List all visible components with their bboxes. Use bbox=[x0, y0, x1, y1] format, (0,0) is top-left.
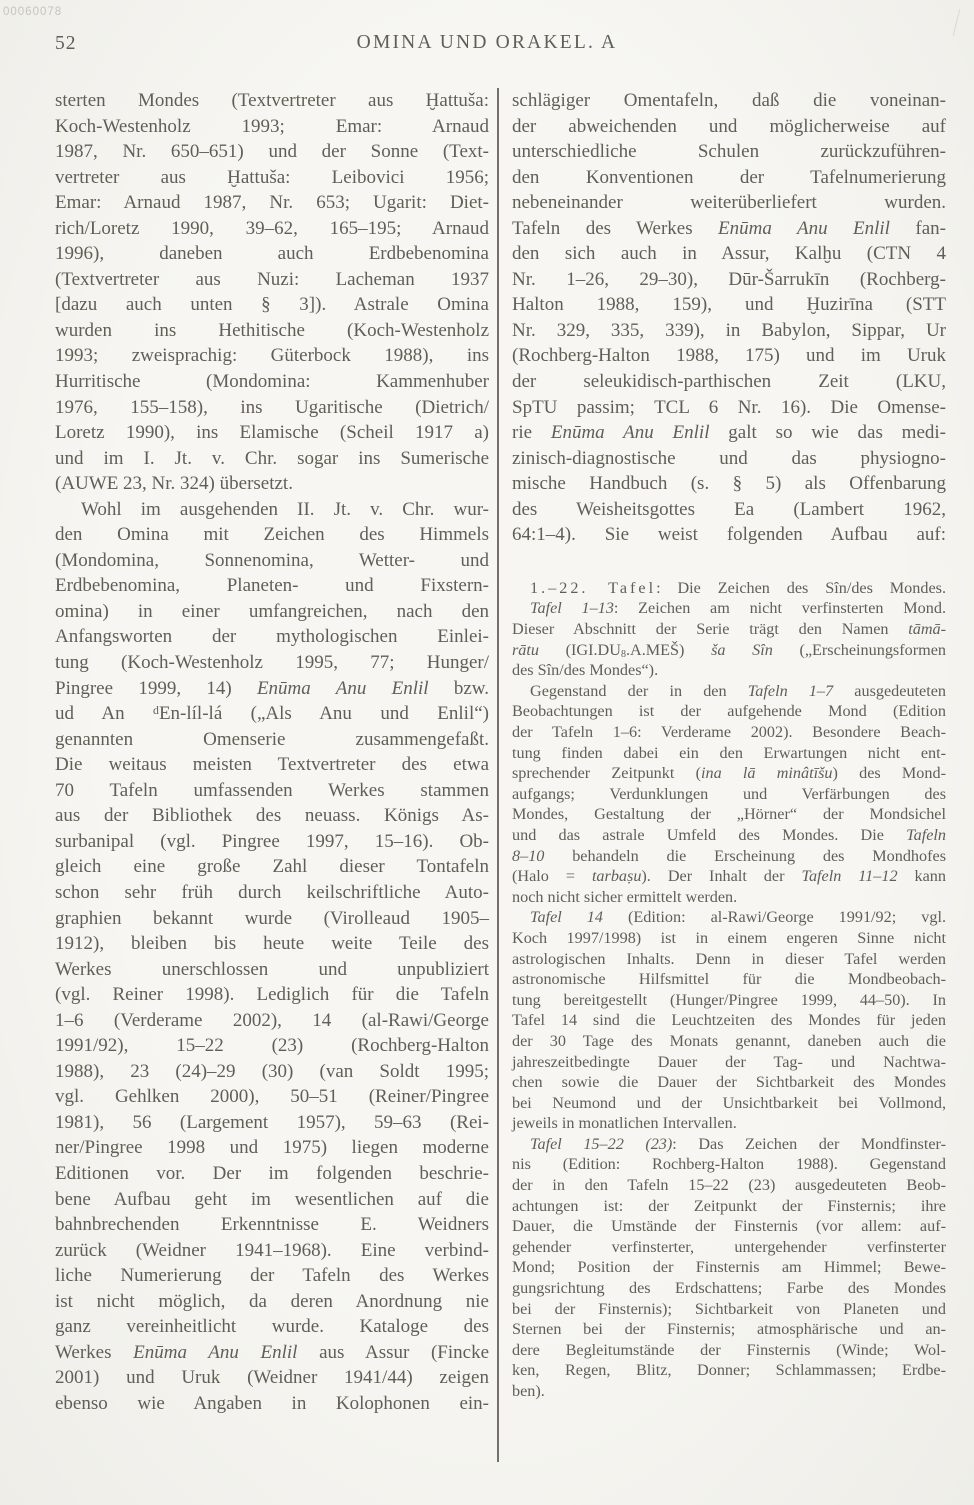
text-run: : Die Zeichen des Sîn/des Mondes. bbox=[656, 579, 946, 597]
text-run: 64:1–4). Sie weist folgenden Aufbau auf: bbox=[512, 524, 946, 545]
text-line: bei der Finsternis); Sichtbarkeit von Pl… bbox=[512, 1299, 946, 1320]
text-run: vgl. Gehlken 2000), 50–51 (Reiner/Pingre… bbox=[55, 1086, 489, 1107]
text-line: 1–6 (Verderame 2002), 14 (al-Rawi/George bbox=[55, 1008, 489, 1034]
text-run: ina lā minâtīšu bbox=[701, 764, 833, 782]
text-line: unterschiedliche Schulen zurückzuführen- bbox=[512, 139, 946, 165]
text-run: ausgedeuteten bbox=[833, 682, 946, 700]
text-line: 1976, 155–158), ins Ugaritische (Dietric… bbox=[55, 395, 489, 421]
text-line: 1912), bleiben bis heute weite Teile des bbox=[55, 931, 489, 957]
text-run: behandeln die Erscheinung des Mondhofes bbox=[544, 847, 946, 865]
text-line: wurden ins Hethitische (Koch-Westenholz bbox=[55, 318, 489, 344]
text-line: Beobachtungen ist der aufgehende Mond (E… bbox=[512, 701, 946, 722]
text-run: Sternen bei der Finsternis; atmosphärisc… bbox=[512, 1320, 946, 1338]
text-line: der seleukidisch-parthischen Zeit (LKU, bbox=[512, 369, 946, 395]
running-title: OMINA UND ORAKEL. A bbox=[0, 32, 974, 54]
text-line: astronomische Hilfsmittel für die Mondbe… bbox=[512, 969, 946, 990]
text-run: astrologischen Inhalts. Denn in dieser T… bbox=[512, 950, 946, 968]
text-run: surbanipal (vgl. Pingree 1997, 15–16). O… bbox=[55, 831, 489, 852]
text-run: gleich eine große Zahl dieser Tontafeln bbox=[55, 856, 489, 877]
text-line: ken, Regen, Blitz, Donner; Schlammassen;… bbox=[512, 1360, 946, 1381]
text-run: ganz vereinheitlicht wurde. Kataloge des bbox=[55, 1316, 489, 1337]
text-run: rie bbox=[512, 422, 551, 443]
text-line: rich/Loretz 1990, 39–62, 165–195; Arnaud bbox=[55, 216, 489, 242]
text-run: der 30 Tage des Monats genannt, daneben … bbox=[512, 1032, 946, 1050]
text-run: Koch 1997/1998) ist in einem engeren Sin… bbox=[512, 929, 946, 947]
text-line: rātu (IGI.DU8.A.MEŠ) ša Sîn („Erscheinun… bbox=[512, 640, 946, 661]
text-line: 1996), daneben auch Erdbebenomina bbox=[55, 241, 489, 267]
text-run: (Textvertreter aus Nuzi: Lacheman 1937 bbox=[55, 269, 489, 290]
text-line: (Rochberg-Halton 1988, 175) und im Uruk bbox=[512, 343, 946, 369]
text-run: den Omina mit Zeichen des Himmels bbox=[55, 524, 489, 545]
text-run: Beobachtungen ist der aufgehende Mond (E… bbox=[512, 702, 946, 720]
text-run: chen sowie die Dauer der Sichtbarkeit de… bbox=[512, 1073, 946, 1091]
text-run: 8 bbox=[621, 649, 626, 660]
text-run: der Tafeln 1–6: Verderame 2002). Besonde… bbox=[512, 723, 946, 741]
scan-stamp: 00060078 bbox=[3, 6, 62, 18]
text-line: Hurritische (Mondomina: Kammenhuber bbox=[55, 369, 489, 395]
text-line: schon sehr früh durch keilschriftliche A… bbox=[55, 880, 489, 906]
text-run: wurden ins Hethitische (Koch-Westenholz bbox=[55, 320, 489, 341]
text-line: gungsrichtung des Erdschattens; Farbe de… bbox=[512, 1278, 946, 1299]
text-line: Tafel 1–13: Zeichen am nicht verfinstert… bbox=[512, 598, 946, 619]
text-line: Werkes Enūma Anu Enlil aus Assur (Fincke bbox=[55, 1340, 489, 1366]
text-line: tung bereitgestellt (Hunger/Pingree 1999… bbox=[512, 990, 946, 1011]
text-run: Loretz 1990), ins Elamische (Scheil 1917… bbox=[55, 422, 489, 443]
text-line: ner/Pingree 1998 und 1975) liegen modern… bbox=[55, 1135, 489, 1161]
text-run: Tafeln 11–12 bbox=[801, 867, 897, 885]
text-run: Die weitaus meisten Textvertreter des et… bbox=[55, 754, 489, 775]
text-line: tung finden dabei ein den Erwartungen ni… bbox=[512, 743, 946, 764]
text-line: vertreter aus Ḫattuša: Leibovici 1956; bbox=[55, 165, 489, 191]
text-run: sprechender Zeitpunkt ( bbox=[512, 764, 701, 782]
text-line: nebeneinander weiterüberliefert wurden. bbox=[512, 190, 946, 216]
text-run: SpTU passim; TCL 6 Nr. 16). Die Omense- bbox=[512, 397, 946, 418]
text-run: Mondes, Gestaltung der „Hörner“ der Mond… bbox=[512, 805, 946, 823]
text-line: den sich auch in Assur, Kalḫu (CTN 4 bbox=[512, 241, 946, 267]
text-line: jahreszeitbedingte Dauer der Tag- und Na… bbox=[512, 1052, 946, 1073]
text-run: ist nicht möglich, da deren Anordnung ni… bbox=[55, 1291, 489, 1312]
text-run: (Halo = bbox=[512, 867, 592, 885]
text-run: Dauer, die Umstände der Finsternis (vor … bbox=[512, 1217, 946, 1235]
text-run: Dieser Abschnitt der Serie trägt den Nam… bbox=[512, 620, 908, 638]
text-run: schlägiger Omentafeln, daß die voneinan- bbox=[512, 90, 946, 111]
text-line: zurück (Weidner 1941–1968). Eine verbind… bbox=[55, 1238, 489, 1264]
text-line: schlägiger Omentafeln, daß die voneinan- bbox=[512, 88, 946, 114]
text-run: 1912), bleiben bis heute weite Teile des bbox=[55, 933, 489, 954]
text-line: sterten Mondes (Textvertreter aus Ḫattuš… bbox=[55, 88, 489, 114]
text-line: genannten Omenserie zusammengefaßt. bbox=[55, 727, 489, 753]
text-run: 2001) und Uruk (Weidner 1941/44) zeigen bbox=[55, 1367, 489, 1388]
text-run: bzw. bbox=[429, 678, 489, 699]
text-run: : Das Zeichen der Mondfinster- bbox=[672, 1135, 946, 1153]
text-run: En-líl-lá („Als Anu und Enlil“) bbox=[159, 703, 489, 724]
text-run: unterschiedliche Schulen zurückzuführen- bbox=[512, 141, 946, 162]
text-line: Anfangsworten der mythologischen Einlei- bbox=[55, 624, 489, 650]
text-run: Enūma Anu Enlil bbox=[551, 422, 710, 443]
text-line: chen sowie die Dauer der Sichtbarkeit de… bbox=[512, 1072, 946, 1093]
text-run: (vgl. Reiner 1998). Lediglich für die Ta… bbox=[55, 984, 489, 1005]
text-line: den Omina mit Zeichen des Himmels bbox=[55, 522, 489, 548]
text-line: Mond; Position der Finsternis am Himmel;… bbox=[512, 1257, 946, 1278]
text-run: Koch-Westenholz 1993; Emar: Arnaud bbox=[55, 116, 489, 137]
text-run: aus der Bibliothek des neuass. Königs As… bbox=[55, 805, 489, 826]
text-run: 8–10 bbox=[512, 847, 544, 865]
text-run: tung (Koch-Westenholz 1995, 77; Hunger/ bbox=[55, 652, 489, 673]
text-run: Tafel 1–13 bbox=[530, 599, 614, 617]
text-run: Anfangsworten der mythologischen Einlei- bbox=[55, 626, 489, 647]
text-line: 64:1–4). Sie weist folgenden Aufbau auf: bbox=[512, 522, 946, 548]
text-run: tung bereitgestellt (Hunger/Pingree 1999… bbox=[512, 991, 946, 1009]
text-line: Koch 1997/1998) ist in einem engeren Sin… bbox=[512, 928, 946, 949]
text-run: den sich auch in Assur, Kalḫu (CTN 4 bbox=[512, 243, 946, 264]
text-run: Enūma Anu Enlil bbox=[133, 1342, 297, 1363]
text-line: der in den Tafeln 15–22 (23) ausgedeutet… bbox=[512, 1175, 946, 1196]
text-line: Emar: Arnaud 1987, Nr. 653; Ugarit: Diet… bbox=[55, 190, 489, 216]
text-line: 1.–22. Tafel: Die Zeichen des Sîn/des Mo… bbox=[512, 578, 946, 599]
text-run: mische Handbuch (s. § 5) als Offenbarung bbox=[512, 473, 946, 494]
text-run: („Erscheinungsformen bbox=[773, 641, 946, 659]
text-run: astronomische Hilfsmittel für die Mondbe… bbox=[512, 970, 946, 988]
text-run: Editionen vor. Der im folgenden beschrie… bbox=[55, 1163, 489, 1184]
column-divider bbox=[497, 88, 499, 1462]
text-line: Mondes, Gestaltung der „Hörner“ der Mond… bbox=[512, 804, 946, 825]
text-run: Erdbebenomina, Planeten- und Fixstern- bbox=[55, 575, 489, 596]
text-line: des Sîn/des Mondes“). bbox=[512, 660, 946, 681]
text-run: ken, Regen, Blitz, Donner; Schlammassen;… bbox=[512, 1361, 946, 1379]
text-line: Die weitaus meisten Textvertreter des et… bbox=[55, 752, 489, 778]
text-run: (Edition: al-Rawi/George 1991/92; vgl. bbox=[603, 908, 946, 926]
text-run: (Rochberg-Halton 1988, 175) und im Uruk bbox=[512, 345, 946, 366]
text-run: Werkes unerschlossen und unpubliziert bbox=[55, 959, 489, 980]
text-run: 1996), daneben auch Erdbebenomina bbox=[55, 243, 489, 264]
text-line: (AUWE 23, Nr. 324) übersetzt. bbox=[55, 471, 489, 497]
text-run: 1976, 155–158), ins Ugaritische (Dietric… bbox=[55, 397, 489, 418]
text-line: 1993; zweisprachig: Güterbock 1988), ins bbox=[55, 343, 489, 369]
text-line: bene Aufbau geht im wesentlichen auf die bbox=[55, 1187, 489, 1213]
text-run: (Mondomina, Sonnenomina, Wetter- und bbox=[55, 550, 489, 571]
text-line: 1987, Nr. 650–651) und der Sonne (Text- bbox=[55, 139, 489, 165]
text-run: Werkes bbox=[55, 1342, 133, 1363]
text-line: jeweils in monatlichen Intervallen. bbox=[512, 1113, 946, 1134]
text-line: ebenso wie Angaben in Kolophonen ein- bbox=[55, 1391, 489, 1417]
text-run: .A.MEŠ) bbox=[626, 641, 711, 659]
text-line: [dazu auch unten § 3]). Astrale Omina bbox=[55, 292, 489, 318]
text-run: 1–6 (Verderame 2002), 14 (al-Rawi/George bbox=[55, 1010, 489, 1031]
right-column-small-text: 1.–22. Tafel: Die Zeichen des Sîn/des Mo… bbox=[512, 578, 946, 1402]
text-line: Koch-Westenholz 1993; Emar: Arnaud bbox=[55, 114, 489, 140]
text-line: aus der Bibliothek des neuass. Königs As… bbox=[55, 803, 489, 829]
text-run: liche Numerierung der Tafeln des Werkes bbox=[55, 1265, 489, 1286]
text-run: genannten Omenserie zusammengefaßt. bbox=[55, 729, 489, 750]
text-run: Tafel 15–22 (23) bbox=[530, 1135, 672, 1153]
text-run: gungsrichtung des Erdschattens; Farbe de… bbox=[512, 1279, 946, 1297]
text-line: (Textvertreter aus Nuzi: Lacheman 1937 bbox=[55, 267, 489, 293]
text-line: ben). bbox=[512, 1381, 946, 1402]
text-line: bei Neumond und der Unsichtbarkeit bei V… bbox=[512, 1093, 946, 1114]
text-run: Enūma Anu Enlil bbox=[257, 678, 429, 699]
text-line: Editionen vor. Der im folgenden beschrie… bbox=[55, 1161, 489, 1187]
text-line: Loretz 1990), ins Elamische (Scheil 1917… bbox=[55, 420, 489, 446]
text-line: des Weisheitsgottes Ea (Lambert 1962, bbox=[512, 497, 946, 523]
text-run: noch nicht sicher ermittelt werden. bbox=[512, 888, 737, 906]
text-line: Tafeln des Werkes Enūma Anu Enlil fan- bbox=[512, 216, 946, 242]
text-run: bene Aufbau geht im wesentlichen auf die bbox=[55, 1189, 489, 1210]
text-line: 1991/92), 15–22 (23) (Rochberg-Halton bbox=[55, 1033, 489, 1059]
text-run: sterten Mondes (Textvertreter aus Ḫattuš… bbox=[55, 90, 489, 111]
text-run: aus Assur (Fincke bbox=[297, 1342, 489, 1363]
text-line: achtungen ist: der Zeitpunkt der Finster… bbox=[512, 1196, 946, 1217]
text-run: Nr. 1–26, 29–30), Dūr-Šarrukīn (Rochberg… bbox=[512, 269, 946, 290]
text-line: graphien bekannt wurde (Virolleaud 1905– bbox=[55, 906, 489, 932]
text-run: rich/Loretz 1990, 39–62, 165–195; Arnaud bbox=[55, 218, 489, 239]
text-line: der 30 Tage des Monats genannt, daneben … bbox=[512, 1031, 946, 1052]
text-line: liche Numerierung der Tafeln des Werkes bbox=[55, 1263, 489, 1289]
text-line: (vgl. Reiner 1998). Lediglich für die Ta… bbox=[55, 982, 489, 1008]
text-run: omina) in einer umfangreichen, nach den bbox=[55, 601, 489, 622]
text-line: Erdbebenomina, Planeten- und Fixstern- bbox=[55, 573, 489, 599]
text-run: Emar: Arnaud 1987, Nr. 653; Ugarit: Diet… bbox=[55, 192, 489, 213]
text-run: achtungen ist: der Zeitpunkt der Finster… bbox=[512, 1197, 946, 1215]
text-line: und im I. Jt. v. Chr. sogar ins Sumerisc… bbox=[55, 446, 489, 472]
text-run: zurück (Weidner 1941–1968). Eine verbind… bbox=[55, 1240, 489, 1261]
text-run: 1987, Nr. 650–651) und der Sonne (Text- bbox=[55, 141, 489, 162]
text-run: Tafel 14 sind die Leuchtzeiten des Monde… bbox=[512, 1011, 946, 1029]
text-line: 1988), 23 (24)–29 (30) (van Soldt 1995; bbox=[55, 1059, 489, 1085]
text-run: zinisch-diagnostische und das physiogno- bbox=[512, 448, 946, 469]
text-line: dere Begleitumstände der Finsternis (Win… bbox=[512, 1340, 946, 1361]
text-run: Tafel 14 bbox=[530, 908, 603, 926]
text-run: Mond; Position der Finsternis am Himmel;… bbox=[512, 1258, 946, 1276]
text-run: der in den Tafeln 15–22 (23) ausgedeutet… bbox=[512, 1176, 946, 1194]
text-run: 1993; zweisprachig: Güterbock 1988), ins bbox=[55, 345, 489, 366]
text-run: tung finden dabei ein den Erwartungen ni… bbox=[512, 744, 946, 762]
text-run: 1.–22. Tafel bbox=[530, 579, 656, 597]
text-line: der abweichenden und möglicherweise auf bbox=[512, 114, 946, 140]
text-run: Wohl im ausgehenden II. Jt. v. Chr. wur- bbox=[81, 499, 489, 520]
text-run: fan- bbox=[890, 218, 946, 239]
text-run: dere Begleitumstände der Finsternis (Win… bbox=[512, 1341, 946, 1359]
text-line: gehender verfinsterter, untergehender ve… bbox=[512, 1237, 946, 1258]
text-run: (IGI.DU bbox=[539, 641, 621, 659]
text-line: Tafel 14 (Edition: al-Rawi/George 1991/9… bbox=[512, 907, 946, 928]
text-line: Wohl im ausgehenden II. Jt. v. Chr. wur- bbox=[55, 497, 489, 523]
text-line: bahnbrechenden Erkenntnisse E. Weidners bbox=[55, 1212, 489, 1238]
text-run: Tafeln des Werkes bbox=[512, 218, 718, 239]
text-run: Nr. 329, 335, 339), in Babylon, Sippar, … bbox=[512, 320, 946, 341]
text-line: (Halo = tarbaṣu). Der Inhalt der Tafeln … bbox=[512, 866, 946, 887]
text-run: den Konventionen der Tafelnumerierung bbox=[512, 167, 946, 188]
text-line: Nr. 1–26, 29–30), Dūr-Šarrukīn (Rochberg… bbox=[512, 267, 946, 293]
text-run: : Zeichen am nicht verfinsterten Mond. bbox=[614, 599, 946, 617]
text-run: Tafeln bbox=[906, 826, 946, 844]
text-line: nis (Edition: Rochberg-Halton 1988). Geg… bbox=[512, 1154, 946, 1175]
text-line: Sternen bei der Finsternis; atmosphärisc… bbox=[512, 1319, 946, 1340]
text-line: Nr. 329, 335, 339), in Babylon, Sippar, … bbox=[512, 318, 946, 344]
text-run: Tafeln 1–7 bbox=[748, 682, 833, 700]
text-line: zinisch-diagnostische und das physiogno- bbox=[512, 446, 946, 472]
text-line: Halton 1988, 159), und Ḫuzirīna (STT bbox=[512, 292, 946, 318]
text-run: nis (Edition: Rochberg-Halton 1988). Geg… bbox=[512, 1155, 946, 1173]
text-run: rātu bbox=[512, 641, 539, 659]
text-run: 1991/92), 15–22 (23) (Rochberg-Halton bbox=[55, 1035, 489, 1056]
text-run: Pingree 1999, 14) bbox=[55, 678, 257, 699]
text-run: der seleukidisch-parthischen Zeit (LKU, bbox=[512, 371, 946, 392]
text-run: des Weisheitsgottes Ea (Lambert 1962, bbox=[512, 499, 946, 520]
text-run: tarbaṣu bbox=[592, 867, 641, 885]
text-run: bei der Finsternis); Sichtbarkeit von Pl… bbox=[512, 1300, 946, 1318]
text-run: der abweichenden und möglicherweise auf bbox=[512, 116, 946, 137]
text-line: ganz vereinheitlicht wurde. Kataloge des bbox=[55, 1314, 489, 1340]
text-run: bahnbrechenden Erkenntnisse E. Weidners bbox=[55, 1214, 489, 1235]
text-run: schon sehr früh durch keilschriftliche A… bbox=[55, 882, 489, 903]
text-line: ist nicht möglich, da deren Anordnung ni… bbox=[55, 1289, 489, 1315]
text-run: und das astrale Umfeld des Mondes. Die bbox=[512, 826, 906, 844]
text-line: 70 Tafeln umfassenden Werkes stammen bbox=[55, 778, 489, 804]
text-line: 2001) und Uruk (Weidner 1941/44) zeigen bbox=[55, 1365, 489, 1391]
column-right: schlägiger Omentafeln, daß die voneinan-… bbox=[512, 88, 946, 1402]
text-line: Tafel 14 sind die Leuchtzeiten des Monde… bbox=[512, 1010, 946, 1031]
text-run: Enūma Anu Enlil bbox=[718, 218, 890, 239]
text-run: gehender verfinsterter, untergehender ve… bbox=[512, 1238, 946, 1256]
text-run: 1988), 23 (24)–29 (30) (van Soldt 1995; bbox=[55, 1061, 489, 1082]
text-run: ša Sîn bbox=[711, 641, 773, 659]
text-line: (Mondomina, Sonnenomina, Wetter- und bbox=[55, 548, 489, 574]
text-run: kann bbox=[898, 867, 946, 885]
text-line: omina) in einer umfangreichen, nach den bbox=[55, 599, 489, 625]
text-line: den Konventionen der Tafelnumerierung bbox=[512, 165, 946, 191]
text-run: Halton 1988, 159), und Ḫuzirīna (STT bbox=[512, 294, 946, 315]
text-line: astrologischen Inhalts. Denn in dieser T… bbox=[512, 949, 946, 970]
right-column-main-text: schlägiger Omentafeln, daß die voneinan-… bbox=[512, 88, 946, 548]
text-run: ). Der Inhalt der bbox=[641, 867, 801, 885]
text-line: 8–10 behandeln die Erscheinung des Mondh… bbox=[512, 846, 946, 867]
text-line: mische Handbuch (s. § 5) als Offenbarung bbox=[512, 471, 946, 497]
text-line: der Tafeln 1–6: Verderame 2002). Besonde… bbox=[512, 722, 946, 743]
text-run: tāmā- bbox=[908, 620, 946, 638]
text-run: des Sîn/des Mondes“). bbox=[512, 661, 658, 679]
text-run: ben). bbox=[512, 1382, 545, 1400]
text-line: SpTU passim; TCL 6 Nr. 16). Die Omense- bbox=[512, 395, 946, 421]
text-run: nebeneinander weiterüberliefert wurden. bbox=[512, 192, 946, 213]
text-run: d bbox=[153, 704, 159, 717]
text-run: jeweils in monatlichen Intervallen. bbox=[512, 1114, 737, 1132]
text-line: gleich eine große Zahl dieser Tontafeln bbox=[55, 854, 489, 880]
text-line: vgl. Gehlken 2000), 50–51 (Reiner/Pingre… bbox=[55, 1084, 489, 1110]
text-run: jahreszeitbedingte Dauer der Tag- und Na… bbox=[512, 1053, 946, 1071]
text-run: ud An bbox=[55, 703, 153, 724]
text-run: vertreter aus Ḫattuša: Leibovici 1956; bbox=[55, 167, 489, 188]
text-run: ner/Pingree 1998 und 1975) liegen modern… bbox=[55, 1137, 489, 1158]
text-line: Werkes unerschlossen und unpubliziert bbox=[55, 957, 489, 983]
text-run: graphien bekannt wurde (Virolleaud 1905– bbox=[55, 908, 489, 929]
text-line: Tafel 15–22 (23): Das Zeichen der Mondfi… bbox=[512, 1134, 946, 1155]
text-line: noch nicht sicher ermittelt werden. bbox=[512, 887, 946, 908]
text-run: ) des Mond- bbox=[832, 764, 946, 782]
text-run: bei Neumond und der Unsichtbarkeit bei V… bbox=[512, 1094, 946, 1112]
text-line: ud An dEn-líl-lá („Als Anu und Enlil“) bbox=[55, 701, 489, 727]
text-line: sprechender Zeitpunkt (ina lā minâtīšu) … bbox=[512, 763, 946, 784]
text-line: surbanipal (vgl. Pingree 1997, 15–16). O… bbox=[55, 829, 489, 855]
text-run: ebenso wie Angaben in Kolophonen ein- bbox=[55, 1393, 489, 1414]
text-run: [dazu auch unten § 3]). Astrale Omina bbox=[55, 294, 489, 315]
column-left: sterten Mondes (Textvertreter aus Ḫattuš… bbox=[55, 88, 489, 1416]
text-line: Dieser Abschnitt der Serie trägt den Nam… bbox=[512, 619, 946, 640]
text-run: aufgangs; Verdunklungen und Verfärbungen… bbox=[512, 785, 946, 803]
text-run: und im I. Jt. v. Chr. sogar ins Sumerisc… bbox=[55, 448, 489, 469]
text-run: 1981), 56 (Largement 1957), 59–63 (Rei- bbox=[55, 1112, 489, 1133]
text-run: Gegenstand der in den bbox=[530, 682, 748, 700]
text-line: Gegenstand der in den Tafeln 1–7 ausgede… bbox=[512, 681, 946, 702]
text-line: und das astrale Umfeld des Mondes. Die T… bbox=[512, 825, 946, 846]
text-line: 1981), 56 (Largement 1957), 59–63 (Rei- bbox=[55, 1110, 489, 1136]
text-line: Pingree 1999, 14) Enūma Anu Enlil bzw. bbox=[55, 676, 489, 702]
text-line: Dauer, die Umstände der Finsternis (vor … bbox=[512, 1216, 946, 1237]
text-line: tung (Koch-Westenholz 1995, 77; Hunger/ bbox=[55, 650, 489, 676]
text-run: Hurritische (Mondomina: Kammenhuber bbox=[55, 371, 489, 392]
text-run: (AUWE 23, Nr. 324) übersetzt. bbox=[55, 473, 293, 494]
text-line: rie Enūma Anu Enlil galt so wie das medi… bbox=[512, 420, 946, 446]
text-line: aufgangs; Verdunklungen und Verfärbungen… bbox=[512, 784, 946, 805]
text-run: galt so wie das medi- bbox=[710, 422, 947, 443]
text-run: 70 Tafeln umfassenden Werkes stammen bbox=[55, 780, 489, 801]
